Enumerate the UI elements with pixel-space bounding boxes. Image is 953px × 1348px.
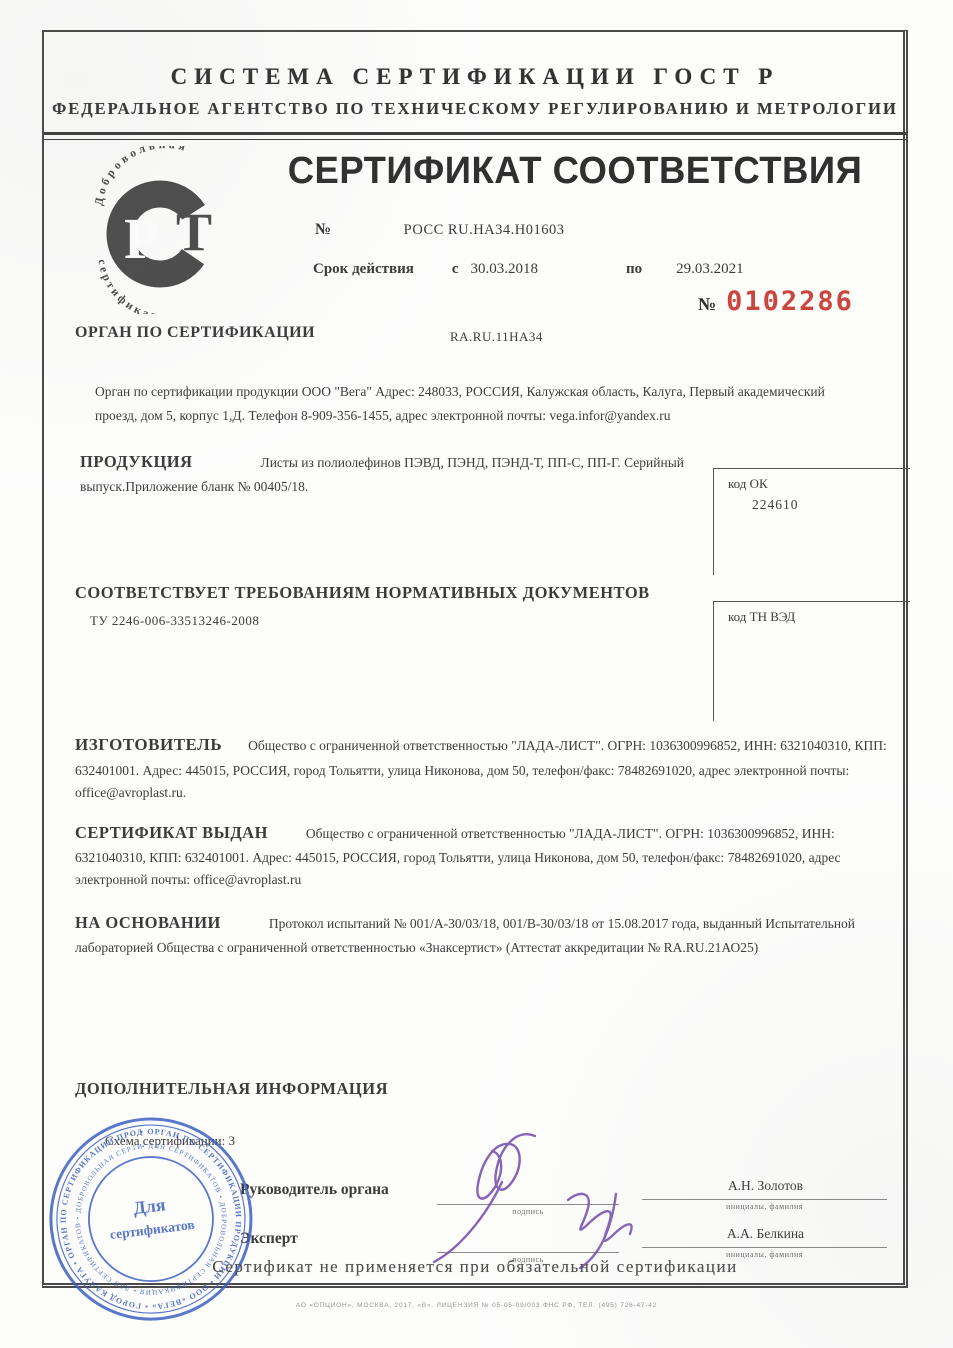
issued-to-section: СЕРТИФИКАТ ВЫДАНОбщество с ограниченной …: [75, 819, 905, 892]
header-divider: [44, 132, 906, 140]
head-signature-tail: [434, 1182, 502, 1262]
logo-letter-t: Т: [176, 202, 212, 262]
stamp-center-line1: Для: [132, 1194, 167, 1218]
validity-label: Срок действия: [313, 261, 414, 277]
registration-number-label: №: [315, 221, 332, 238]
basis-section: НА ОСНОВАНИИПротокол испытаний № 001/А-3…: [75, 909, 905, 959]
additional-info-label: ДОПОЛНИТЕЛЬНАЯ ИНФОРМАЦИЯ: [75, 1079, 388, 1099]
basis-label: НА ОСНОВАНИИ: [75, 913, 221, 932]
certification-body-label: ОРГАН ПО СЕРТИФИКАЦИИ: [75, 324, 315, 341]
tn-ved-code-box: код ТН ВЭД: [713, 601, 910, 721]
head-signature-stroke: [477, 1134, 535, 1198]
footer-microprint: АО «ОПЦИОН», МОСКВА, 2017, «В». ЛИЦЕНЗИЯ…: [0, 1302, 953, 1309]
validity-from-label: с: [452, 261, 459, 277]
blank-number-value: 0102286: [726, 286, 854, 317]
blank-number-label: №: [698, 294, 716, 315]
manufacturer-label: ИЗГОТОВИТЕЛЬ: [75, 735, 222, 754]
signature-role-head: Руководитель органа: [240, 1181, 389, 1199]
validity-from-date: 30.03.2018: [471, 261, 539, 277]
certification-body-code: RA.RU.11НА34: [450, 329, 543, 345]
handwritten-signatures: [420, 1120, 690, 1280]
certification-body-details: Орган по сертификации продукции ООО "Вег…: [95, 380, 867, 427]
validity-to-label: по: [626, 261, 642, 277]
ok-code-label: код ОК: [714, 469, 910, 492]
registration-number-value: РОСС RU.НА34.Н01603: [404, 222, 565, 238]
rst-certification-mark-icon: Добровольная сертификация Р Т: [78, 146, 253, 314]
tn-ved-label: код ТН ВЭД: [714, 602, 910, 625]
validity-to-date: 29.03.2021: [676, 261, 744, 277]
issued-to-label: СЕРТИФИКАТ ВЫДАН: [75, 823, 268, 842]
conformity-document: ТУ 2246-006-33513246-2008: [90, 613, 259, 629]
registration-number-row: №РОСС RU.НА34.Н01603: [315, 221, 565, 239]
document-title: СЕРТИФИКАТ СООТВЕТСТВИЯ: [263, 150, 887, 193]
logo-letter-p: Р: [124, 206, 159, 271]
agency-title: ФЕДЕРАЛЬНОЕ АГЕНТСТВО ПО ТЕХНИЧЕСКОМУ РЕ…: [42, 99, 908, 119]
ok-code-value: 224610: [752, 497, 910, 513]
product-section: ПРОДУКЦИЯЛисты из полиолефинов ПЭВД, ПЭН…: [80, 448, 725, 499]
footer-note: Сертификат не применяется при обязательн…: [42, 1257, 908, 1277]
expert-signature-stroke: [568, 1194, 632, 1241]
blank-number-row: № 0102286: [698, 286, 854, 317]
conformity-label: СООТВЕТСТВУЕТ ТРЕБОВАНИЯМ НОРМАТИВНЫХ ДО…: [75, 583, 650, 603]
validity-row: Срок действияс30.03.2018по29.03.2021: [313, 261, 744, 278]
stamp-center-line2: сертификатов: [109, 1217, 195, 1242]
product-label: ПРОДУКЦИЯ: [80, 452, 193, 471]
certificate-page: СИСТЕМА СЕРТИФИКАЦИИ ГОСТ Р ФЕДЕРАЛЬНОЕ …: [0, 0, 953, 1348]
manufacturer-section: ИЗГОТОВИТЕЛЬОбщество с ограниченной отве…: [75, 731, 887, 805]
system-title: СИСТЕМА СЕРТИФИКАЦИИ ГОСТ Р: [42, 64, 908, 90]
ok-code-box: код ОК 224610: [713, 468, 910, 575]
certification-body-row: ОРГАН ПО СЕРТИФИКАЦИИ: [75, 324, 315, 342]
